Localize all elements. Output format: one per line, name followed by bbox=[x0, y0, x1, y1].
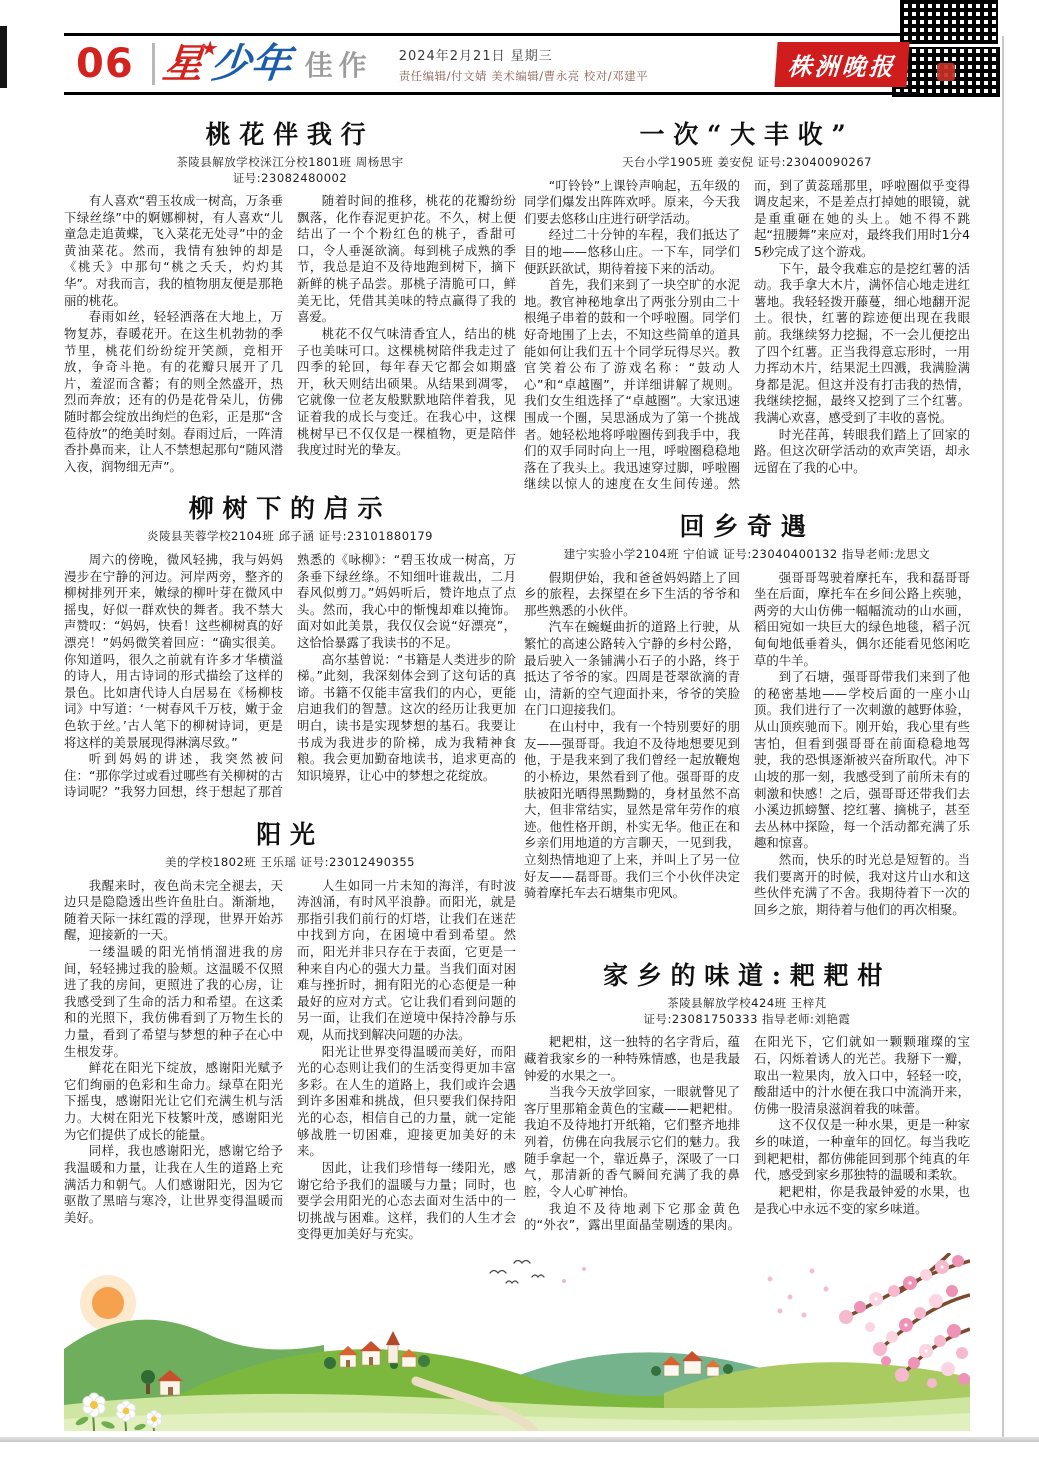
article-body: 假期伊始，我和爸爸妈妈踏上了回乡的旅程，去探望在乡下生活的爷爷和那些熟悉的小伙伴… bbox=[524, 570, 970, 919]
article-body: 周六的傍晚，微风轻拂，我与妈妈漫步在宁静的河边。河岸两旁，整齐的柳树排列开来，嫩… bbox=[64, 552, 516, 801]
village-houses bbox=[324, 1331, 430, 1369]
article-paragraph: 一缕温暖的阳光悄悄溜进我的房间，轻轻拂过我的脸颊。这温暖不仅照进了我的房间，更照… bbox=[64, 944, 283, 1060]
article-paragraph: 随着时间的推移，桃花的花瓣纷纷飘落，化作春泥更护花。不久，树上便结出了一个个粉红… bbox=[297, 193, 516, 326]
falling-petals bbox=[768, 1268, 829, 1317]
left-column-stack: 桃花伴我行 茶陵县解放学校洣江分校1801班 周杨思宇 证号:230824800… bbox=[64, 111, 516, 1243]
article-byline: 茶陵县解放学校洣江分校1801班 周杨思宇 bbox=[64, 155, 516, 171]
article-paragraph: 这不仅仅是一种水果，更是一种家乡的味道，一种童年的回忆。每当我吃到耙耙柑，都仿佛… bbox=[754, 1117, 970, 1183]
article-paragraph: 汽车在蜿蜒曲折的道路上行驶，从繁忙的高速公路转入宁静的乡村公路，最后驶入一条铺满… bbox=[524, 619, 740, 719]
page-right-edge bbox=[1002, 36, 1004, 1438]
article-paragraph: 同样，我也感谢阳光，感谢它给予我温暖和力量，让我在人生的道路上充满活力和朝气。人… bbox=[64, 1143, 283, 1226]
scan-edge-artifact bbox=[0, 26, 7, 88]
article-body: 耙耙柑，这一独特的名字背后，蕴藏着我家乡的一种特殊情感，也是我最钟爱的水果之一。… bbox=[524, 1034, 970, 1233]
article-cert: 证号:23081750333 指导老师:刘艳霞 bbox=[524, 1012, 970, 1028]
article-paragraph: 强哥哥驾驶着摩托车，我和磊哥哥坐在后面，摩托车在乡间公路上疾驰，两旁的大山仿佛一… bbox=[754, 570, 970, 670]
article-paragraph: 在山村中，我有一个特别要好的朋友——强哥哥。我迫不及待地想要见到他，于是我来到了… bbox=[524, 719, 740, 902]
article-title: 柳树下的启示 bbox=[64, 489, 516, 525]
article-title: 阳光 bbox=[64, 815, 516, 851]
article-paragraph: 耙耙柑，这一独特的名字背后，蕴藏着我家乡的一种特殊情感，也是我最钟爱的水果之一。 bbox=[524, 1034, 740, 1084]
newspaper-page: 06 星 ★ 少年 佳作 2024年2月21日 星期三 责任编辑/付文婧 美术编… bbox=[0, 0, 1039, 1459]
article-yangguang: 阳光 美的学校1802班 王乐瑶 证号:23012490355 我醒来时，夜色尚… bbox=[64, 811, 516, 1243]
article-cert: 证号:23082480002 bbox=[64, 171, 516, 187]
article-paragraph: 然而，快乐的时光总是短暂的。当我们要离开的时候，我对这片山水和这些伙伴充满了不舍… bbox=[754, 852, 970, 918]
article-paragraph: 阳光让世界变得温暖而美好，而阳光的心态则让我们的生活变得更加丰富多彩。在人生的道… bbox=[297, 1044, 516, 1160]
article-byline: 天台小学1905班 姜安倪 证号:23040090267 bbox=[524, 155, 970, 171]
article-body: 我醒来时，夜色尚未完全褪去，天边只是隐隐透出些许鱼肚白。渐渐地，随着天际一抹红霞… bbox=[64, 878, 516, 1243]
article-paragraph: 下午，最令我难忘的是挖红薯的活动。我手拿大木片，满怀信心地走进红薯地。我轻轻拨开… bbox=[754, 261, 970, 427]
page-number: 06 bbox=[76, 44, 134, 84]
date-line: 2024年2月21日 星期三 bbox=[399, 45, 648, 64]
right-column-stack: 一次“大丰收” 天台小学1905班 姜安倪 证号:23040090267 “叮铃… bbox=[524, 111, 970, 1243]
landscape-illustration bbox=[64, 1253, 970, 1431]
page-bottom-edge bbox=[0, 1437, 1039, 1442]
article-title: 回乡奇遇 bbox=[524, 507, 970, 543]
header-divider bbox=[152, 43, 155, 85]
article-body: 有人喜欢“碧玉妆成一树高，万条垂下绿丝绦”中的婀娜柳树，有人喜欢“儿童急走追黄蝶… bbox=[64, 193, 516, 475]
logo-shaonian: 少年 bbox=[209, 44, 293, 84]
article-papagan: 家乡的味道:耙耙柑 茶陵县解放学校424班 王梓芃 证号:23081750333… bbox=[524, 952, 970, 1233]
article-paragraph: 春雨如丝，轻轻洒落在大地上，万物复苏，春暖花开。在这生机勃勃的季节里，桃花们纷纷… bbox=[64, 309, 283, 475]
section-name: 佳作 bbox=[305, 44, 373, 84]
birds-icon bbox=[490, 1260, 544, 1283]
logo-xing: 星 bbox=[161, 44, 205, 84]
article-paragraph: 有人喜欢“碧玉妆成一树高，万条垂下绿丝绦”中的婀娜柳树，有人喜欢“儿童急走追黄蝶… bbox=[64, 193, 283, 309]
article-paragraph: 经过二十分钟的车程，我们抵达了目的地——悠移山庄。一下车，同学们便跃跃欲试，期待… bbox=[524, 227, 740, 277]
article-liushu: 柳树下的启示 炎陵县芙蓉学校2104班 邱子涵 证号:23101880179 周… bbox=[64, 485, 516, 801]
article-paragraph: 假期伊始，我和爸爸妈妈踏上了回乡的旅程，去探望在乡下生活的爷爷和那些熟悉的小伙伴… bbox=[524, 570, 740, 620]
newspaper-masthead: 株洲晚报 bbox=[774, 42, 909, 87]
page-header: 06 星 ★ 少年 佳作 2024年2月21日 星期三 责任编辑/付文婧 美术编… bbox=[64, 33, 920, 95]
article-paragraph: 耙耙柑，你是我最钟爱的水果，也是我心中永远不变的家乡味道。 bbox=[754, 1184, 970, 1217]
article-paragraph: 高尔基曾说：“书籍是人类进步的阶梯。”此刻，我深刻体会到了这句话的真谛。书籍不仅… bbox=[297, 652, 516, 785]
article-paragraph: 桃花不仅气味清香宜人，结出的桃子也美味可口。这棵桃树陪伴我走过了四季的轮回，每年… bbox=[297, 326, 516, 459]
article-paragraph: 周六的傍晚，微风轻拂，我与妈妈漫步在宁静的河边。河岸两旁，整齐的柳树排列开来，嫩… bbox=[64, 552, 283, 751]
article-byline: 建宁实验小学2104班 宁伯诚 证号:23040400132 指导老师:龙思文 bbox=[524, 547, 970, 563]
article-title: 桃花伴我行 bbox=[64, 115, 516, 151]
article-paragraph: 因此，让我们珍惜每一缕阳光，感谢它给予我们的温暖与力量；同时，也要学会用阳光的心… bbox=[297, 1160, 516, 1243]
article-title: 一次“大丰收” bbox=[524, 115, 970, 151]
article-huixiang: 回乡奇遇 建宁实验小学2104班 宁伯诚 证号:23040400132 指导老师… bbox=[524, 503, 970, 918]
articles-area: 桃花伴我行 茶陵县解放学校洣江分校1801班 周杨思宇 证号:230824800… bbox=[64, 111, 970, 1243]
section-logo: 星 ★ 少年 bbox=[161, 44, 293, 84]
date-block: 2024年2月21日 星期三 责任编辑/付文婧 美术编辑/曹永亮 校对/邓建平 bbox=[399, 45, 648, 84]
article-taohua: 桃花伴我行 茶陵县解放学校洣江分校1801班 周杨思宇 证号:230824800… bbox=[64, 111, 516, 475]
editors-line: 责任编辑/付文婧 美术编辑/曹永亮 校对/邓建平 bbox=[399, 68, 648, 84]
article-paragraph: 我醒来时，夜色尚未完全褪去，天边只是隐隐透出些许鱼肚白。渐渐地，随着天际一抹红霞… bbox=[64, 878, 283, 944]
page-content: 06 星 ★ 少年 佳作 2024年2月21日 星期三 责任编辑/付文婧 美术编… bbox=[64, 0, 970, 1431]
article-byline: 美的学校1802班 王乐瑶 证号:23012490355 bbox=[64, 855, 516, 871]
article-dafengshou: 一次“大丰收” 天台小学1905班 姜安倪 证号:23040090267 “叮铃… bbox=[524, 111, 970, 493]
article-paragraph: 鲜花在阳光下绽放，感谢阳光赋予它们绚丽的色彩和生命力。绿草在阳光下摇曳，感谢阳光… bbox=[64, 1060, 283, 1143]
article-body: “叮铃铃”上课铃声响起，五年级的同学们爆发出阵阵欢呼。原来，今天我们要去悠移山庄… bbox=[524, 178, 970, 494]
article-byline: 茶陵县解放学校424班 王梓芃 bbox=[524, 996, 970, 1012]
article-paragraph: 人生如同一片未知的海洋，有时波涛汹涌，有时风平浪静。而阳光，就是那指引我们前行的… bbox=[297, 878, 516, 1044]
article-paragraph: 到了石塘，强哥哥带我们来到了他的秘密基地——学校后面的一座小山顶。我们进行了一次… bbox=[754, 669, 970, 852]
article-paragraph: 当我今天放学回家，一眼就瞥见了客厅里那箱金黄色的宝藏——耙耙柑。我迫不及待地打开… bbox=[524, 1084, 740, 1200]
article-paragraph: 时光荏苒，转眼我们踏上了回家的路。但这次研学活动的欢声笑语，却永远留在了我的心中… bbox=[754, 427, 970, 477]
article-byline: 炎陵县芙蓉学校2104班 邱子涵 证号:23101880179 bbox=[64, 529, 516, 545]
article-title: 家乡的味道:耙耙柑 bbox=[524, 956, 970, 992]
star-icon: ★ bbox=[199, 36, 219, 60]
article-paragraph: “叮铃铃”上课铃声响起，五年级的同学们爆发出阵阵欢呼。原来，今天我们要去悠移山庄… bbox=[524, 178, 740, 228]
